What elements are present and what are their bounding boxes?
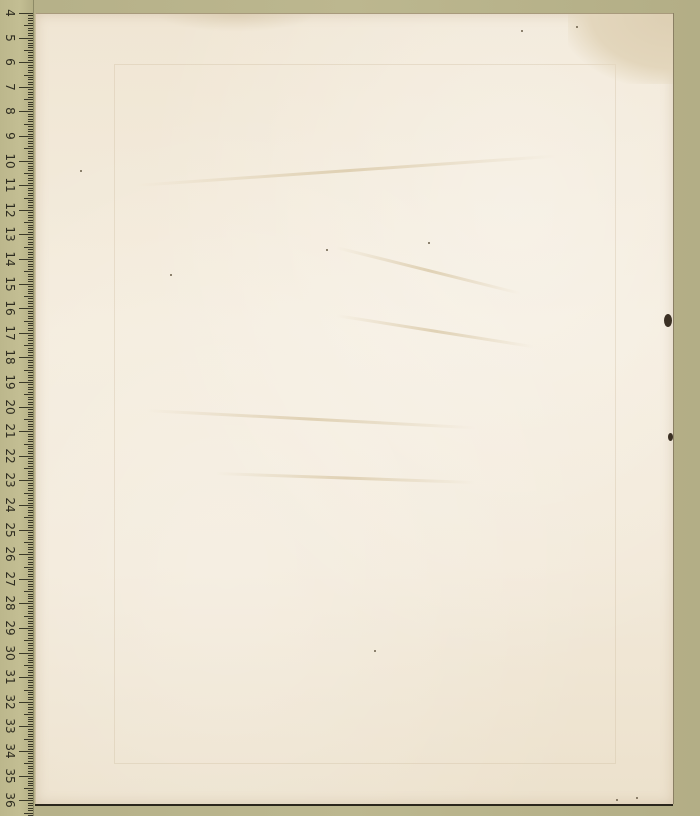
ruler-mm-tick bbox=[28, 466, 33, 467]
ruler-mm-tick bbox=[28, 232, 33, 233]
ruler-mm-tick bbox=[28, 680, 33, 681]
ruler-mm-tick bbox=[28, 291, 33, 292]
ruler-cm-tick bbox=[19, 382, 33, 383]
ruler-mm-tick bbox=[28, 264, 33, 265]
ruler-mm-tick bbox=[28, 584, 33, 585]
ruler-mm-tick bbox=[28, 793, 33, 794]
ruler-cm-tick bbox=[19, 579, 33, 580]
ruler-mm-tick bbox=[28, 15, 33, 16]
ruler-mm-tick bbox=[28, 478, 33, 479]
ruler-mm-tick bbox=[28, 473, 33, 474]
ruler-mm-tick bbox=[28, 114, 33, 115]
ruler-cm-tick bbox=[19, 530, 33, 531]
speck bbox=[80, 170, 82, 172]
ruler-mm-tick bbox=[24, 321, 33, 322]
ruler-mm-tick bbox=[28, 643, 33, 644]
ruler-cm-tick bbox=[19, 677, 33, 678]
top-edge-stain bbox=[156, 14, 316, 32]
ruler-mm-tick bbox=[28, 281, 33, 282]
ruler-mm-tick bbox=[28, 704, 33, 705]
ruler-mm-tick bbox=[28, 608, 33, 609]
ruler-mm-tick bbox=[28, 623, 33, 624]
ruler-mm-tick bbox=[28, 77, 33, 78]
ruler-label: 13 bbox=[4, 224, 16, 244]
ruler-label: 26 bbox=[4, 544, 16, 564]
ruler-mm-tick bbox=[28, 421, 33, 422]
ruler-mm-tick bbox=[28, 808, 33, 809]
ruler-mm-tick bbox=[28, 343, 33, 344]
ruler-mm-tick bbox=[28, 402, 33, 403]
ruler-cm-tick bbox=[19, 161, 33, 162]
ruler-label: 20 bbox=[4, 397, 16, 417]
ruler-mm-tick bbox=[28, 709, 33, 710]
ruler-mm-tick bbox=[28, 335, 33, 336]
ruler-mm-tick bbox=[28, 598, 33, 599]
ruler-mm-tick bbox=[24, 468, 33, 469]
ruler-mm-tick bbox=[28, 552, 33, 553]
ruler-mm-tick bbox=[28, 352, 33, 353]
ruler-mm-tick bbox=[28, 660, 33, 661]
ruler-mm-tick bbox=[28, 453, 33, 454]
ruler-mm-tick bbox=[24, 739, 33, 740]
ruler-mm-tick bbox=[24, 173, 33, 174]
ruler-mm-tick bbox=[28, 412, 33, 413]
ruler-mm-tick bbox=[24, 271, 33, 272]
ruler-mm-tick bbox=[28, 731, 33, 732]
ruler-mm-tick bbox=[28, 67, 33, 68]
ruler-mm-tick bbox=[24, 75, 33, 76]
ruler-mm-tick bbox=[28, 569, 33, 570]
ruler-label: 19 bbox=[4, 372, 16, 392]
ruler-mm-tick bbox=[28, 183, 33, 184]
ruler-mm-tick bbox=[28, 734, 33, 735]
ruler-mm-tick bbox=[28, 507, 33, 508]
ruler-mm-tick bbox=[28, 289, 33, 290]
ruler-mm-tick bbox=[28, 596, 33, 597]
ruler-mm-tick bbox=[28, 33, 33, 34]
ruler-mm-tick bbox=[28, 773, 33, 774]
ruler-label: 31 bbox=[4, 667, 16, 687]
ruler-label: 34 bbox=[4, 741, 16, 761]
ruler-mm-tick bbox=[28, 424, 33, 425]
ruler-label: 30 bbox=[4, 643, 16, 663]
ruler-cm-tick bbox=[19, 38, 33, 39]
ruler-cm-tick bbox=[19, 234, 33, 235]
ruler-mm-tick bbox=[28, 70, 33, 71]
ruler-mm-tick bbox=[28, 180, 33, 181]
ruler-mm-tick bbox=[28, 178, 33, 179]
ruler-mm-tick bbox=[28, 512, 33, 513]
ruler-mm-tick bbox=[28, 254, 33, 255]
ruler-mm-tick bbox=[28, 131, 33, 132]
ruler-label: 16 bbox=[4, 298, 16, 318]
ruler-mm-tick bbox=[28, 741, 33, 742]
ruler-label: 4 bbox=[4, 3, 16, 23]
ruler-mm-tick bbox=[28, 163, 33, 164]
ruler-mm-tick bbox=[28, 571, 33, 572]
ruler-mm-tick bbox=[28, 156, 33, 157]
ruler-cm-tick bbox=[19, 185, 33, 186]
ruler-mm-tick bbox=[28, 547, 33, 548]
ruler-mm-tick bbox=[28, 790, 33, 791]
ruler-cm-tick bbox=[19, 87, 33, 88]
ruler-mm-tick bbox=[24, 124, 33, 125]
ruler-mm-tick bbox=[28, 200, 33, 201]
ruler-mm-tick bbox=[28, 30, 33, 31]
ruler-mm-tick bbox=[24, 714, 33, 715]
ruler-mm-tick bbox=[28, 621, 33, 622]
ruler-mm-tick bbox=[28, 766, 33, 767]
ruler-label: 7 bbox=[4, 77, 16, 97]
ruler-mm-tick bbox=[28, 630, 33, 631]
ruler-mm-tick bbox=[28, 559, 33, 560]
ruler-mm-tick bbox=[24, 813, 33, 814]
ruler-mm-tick bbox=[24, 394, 33, 395]
ruler-mm-tick bbox=[28, 372, 33, 373]
ruler-mm-tick bbox=[28, 92, 33, 93]
ruler-mm-tick bbox=[28, 227, 33, 228]
ruler-mm-tick bbox=[28, 648, 33, 649]
ruler-mm-tick bbox=[28, 387, 33, 388]
ruler-mm-tick bbox=[28, 188, 33, 189]
ruler-mm-tick bbox=[24, 517, 33, 518]
ruler-mm-tick bbox=[24, 25, 33, 26]
ruler-mm-tick bbox=[28, 362, 33, 363]
ruler-mm-tick bbox=[28, 515, 33, 516]
ruler-mm-tick bbox=[28, 239, 33, 240]
ruler-mm-tick bbox=[28, 141, 33, 142]
ruler-mm-tick bbox=[28, 729, 33, 730]
ruler-mm-tick bbox=[28, 35, 33, 36]
ruler-mm-tick bbox=[28, 753, 33, 754]
ruler-mm-tick bbox=[28, 225, 33, 226]
ruler-mm-tick bbox=[28, 399, 33, 400]
ruler-mm-tick bbox=[28, 94, 33, 95]
ruler-mm-tick bbox=[28, 306, 33, 307]
ruler-mm-tick bbox=[28, 79, 33, 80]
ruler-mm-tick bbox=[28, 212, 33, 213]
ruler-mm-tick bbox=[28, 392, 33, 393]
ruler-mm-tick bbox=[28, 756, 33, 757]
ruler-mm-tick bbox=[28, 744, 33, 745]
ruler-mm-tick bbox=[28, 574, 33, 575]
speck bbox=[374, 650, 376, 652]
speck bbox=[170, 274, 172, 276]
ruler-mm-tick bbox=[28, 65, 33, 66]
corner-water-stain bbox=[568, 14, 673, 84]
ruler-mm-tick bbox=[28, 316, 33, 317]
ruler-mm-tick bbox=[24, 493, 33, 494]
ruler-mm-tick bbox=[24, 788, 33, 789]
ruler-mm-tick bbox=[28, 483, 33, 484]
ruler-cm-tick bbox=[19, 702, 33, 703]
ruler-mm-tick bbox=[28, 380, 33, 381]
ruler-mm-tick bbox=[28, 293, 33, 294]
ruler-mm-tick bbox=[28, 537, 33, 538]
ruler-mm-tick bbox=[28, 719, 33, 720]
ruler-label: 15 bbox=[4, 274, 16, 294]
ruler-mm-tick bbox=[28, 768, 33, 769]
ruler-mm-tick bbox=[28, 581, 33, 582]
ruler-mm-tick bbox=[28, 451, 33, 452]
ruler-mm-tick bbox=[28, 662, 33, 663]
ruler-mm-tick bbox=[28, 798, 33, 799]
ruler-mm-tick bbox=[28, 805, 33, 806]
ruler-mm-tick bbox=[24, 763, 33, 764]
speck bbox=[576, 26, 578, 28]
paper-sheet bbox=[35, 13, 673, 804]
ruler-mm-tick bbox=[28, 375, 33, 376]
ruler-mm-tick bbox=[28, 311, 33, 312]
ruler-mm-tick bbox=[28, 441, 33, 442]
ruler-mm-tick bbox=[28, 626, 33, 627]
ruler-cm-tick bbox=[19, 628, 33, 629]
ruler-mm-tick bbox=[28, 257, 33, 258]
ruler-mm-tick bbox=[28, 126, 33, 127]
ruler-mm-tick bbox=[28, 783, 33, 784]
ruler-mm-tick bbox=[28, 416, 33, 417]
ruler-mm-tick bbox=[28, 121, 33, 122]
ruler-label: 21 bbox=[4, 421, 16, 441]
ruler-mm-tick bbox=[28, 190, 33, 191]
ruler-cm-tick bbox=[19, 800, 33, 801]
ruler-mm-tick bbox=[28, 667, 33, 668]
ruler-cm-tick bbox=[19, 776, 33, 777]
ruler-mm-tick bbox=[28, 166, 33, 167]
ruler-mm-tick bbox=[28, 549, 33, 550]
ruler-mm-tick bbox=[28, 104, 33, 105]
ruler-mm-tick bbox=[28, 461, 33, 462]
ruler-mm-tick bbox=[28, 276, 33, 277]
ruler-mm-tick bbox=[24, 665, 33, 666]
ruler-label: 27 bbox=[4, 569, 16, 589]
ruler-mm-tick bbox=[28, 28, 33, 29]
ruler-label: 6 bbox=[4, 52, 16, 72]
ruler-mm-tick bbox=[28, 72, 33, 73]
ruler-cm-tick bbox=[19, 308, 33, 309]
ruler-mm-tick bbox=[24, 99, 33, 100]
ruler-mm-tick bbox=[28, 340, 33, 341]
ruler-label: 35 bbox=[4, 766, 16, 786]
ruler-mm-tick bbox=[28, 274, 33, 275]
ruler-mm-tick bbox=[28, 301, 33, 302]
ruler-mm-tick bbox=[28, 151, 33, 152]
ruler-mm-tick bbox=[28, 434, 33, 435]
ruler-mm-tick bbox=[28, 303, 33, 304]
ruler-mm-tick bbox=[28, 318, 33, 319]
ruler-mm-tick bbox=[24, 50, 33, 51]
ruler-cm-tick bbox=[19, 751, 33, 752]
ruler-mm-tick bbox=[28, 45, 33, 46]
ruler-mm-tick bbox=[28, 168, 33, 169]
ruler-mm-tick bbox=[28, 205, 33, 206]
ruler-mm-tick bbox=[28, 601, 33, 602]
ruler-mm-tick bbox=[24, 222, 33, 223]
ruler-mm-tick bbox=[28, 586, 33, 587]
ruler-mm-tick bbox=[28, 746, 33, 747]
ruler-cm-tick bbox=[19, 603, 33, 604]
ruler-mm-tick bbox=[28, 618, 33, 619]
ruler-cm-tick bbox=[19, 431, 33, 432]
ruler-mm-tick bbox=[24, 247, 33, 248]
ruler-mm-tick bbox=[28, 377, 33, 378]
ruler-cm-tick bbox=[19, 284, 33, 285]
ruler-cm-tick bbox=[19, 13, 33, 14]
ruler-mm-tick bbox=[28, 330, 33, 331]
ruler-mm-tick bbox=[28, 458, 33, 459]
ruler-mm-tick bbox=[28, 785, 33, 786]
ruler-mm-tick bbox=[28, 699, 33, 700]
ruler-mm-tick bbox=[28, 365, 33, 366]
ruler-mm-tick bbox=[28, 89, 33, 90]
ruler-mm-tick bbox=[28, 170, 33, 171]
ruler-mm-tick bbox=[28, 749, 33, 750]
ruler-mm-tick bbox=[28, 495, 33, 496]
ruler-mm-tick bbox=[28, 355, 33, 356]
ruler-mm-tick bbox=[28, 215, 33, 216]
ruler-mm-tick bbox=[28, 613, 33, 614]
ruler-mm-tick bbox=[28, 532, 33, 533]
ruler-mm-tick bbox=[28, 414, 33, 415]
ruler-mm-tick bbox=[28, 778, 33, 779]
ruler-mm-tick bbox=[24, 345, 33, 346]
ruler-mm-tick bbox=[28, 564, 33, 565]
ruler-mm-tick bbox=[28, 633, 33, 634]
ruler-mm-tick bbox=[28, 252, 33, 253]
ruler-mm-tick bbox=[28, 712, 33, 713]
ruler-mm-tick bbox=[28, 266, 33, 267]
ruler-mm-tick bbox=[28, 40, 33, 41]
ruler-mm-tick bbox=[28, 389, 33, 390]
ruler-label: 5 bbox=[4, 28, 16, 48]
ruler-mm-tick bbox=[28, 675, 33, 676]
ruler-mm-tick bbox=[28, 707, 33, 708]
ruler-cm-tick bbox=[19, 136, 33, 137]
ruler-mm-tick bbox=[28, 158, 33, 159]
ruler-mm-tick bbox=[28, 503, 33, 504]
ruler-mm-tick bbox=[28, 52, 33, 53]
ruler-mm-tick bbox=[28, 220, 33, 221]
ruler-mm-tick bbox=[24, 419, 33, 420]
ruler-mm-tick bbox=[28, 279, 33, 280]
ruler-mm-tick bbox=[28, 685, 33, 686]
ruler-cm-tick bbox=[19, 653, 33, 654]
ruler-mm-tick bbox=[28, 758, 33, 759]
ruler-mm-tick bbox=[24, 370, 33, 371]
ruler-mm-tick bbox=[28, 682, 33, 683]
ruler-label: 32 bbox=[4, 692, 16, 712]
ruler-mm-tick bbox=[28, 670, 33, 671]
ruler-mm-tick bbox=[28, 448, 33, 449]
binding-hole bbox=[664, 314, 672, 327]
ruler-mm-tick bbox=[28, 694, 33, 695]
ruler-mm-tick bbox=[28, 724, 33, 725]
ruler-mm-tick bbox=[28, 384, 33, 385]
ruler-mm-tick bbox=[28, 650, 33, 651]
ruler-mm-tick bbox=[28, 82, 33, 83]
ruler-mm-tick bbox=[28, 658, 33, 659]
ruler-mm-tick bbox=[28, 562, 33, 563]
ruler-mm-tick bbox=[28, 20, 33, 21]
ruler-label: 17 bbox=[4, 323, 16, 343]
speck bbox=[521, 30, 523, 32]
speck bbox=[616, 799, 618, 801]
speck bbox=[428, 242, 430, 244]
ruler-mm-tick bbox=[28, 436, 33, 437]
ruler-mm-tick bbox=[28, 687, 33, 688]
ruler-mm-tick bbox=[28, 635, 33, 636]
ruler-mm-tick bbox=[28, 404, 33, 405]
ruler-label: 12 bbox=[4, 200, 16, 220]
ruler-label: 23 bbox=[4, 470, 16, 490]
ruler-mm-tick bbox=[28, 781, 33, 782]
ruler-label: 28 bbox=[4, 593, 16, 613]
ruler-mm-tick bbox=[28, 463, 33, 464]
ruler-mm-tick bbox=[28, 475, 33, 476]
ruler-mm-tick bbox=[28, 721, 33, 722]
binding-hole bbox=[668, 433, 673, 441]
ruler-mm-tick bbox=[28, 426, 33, 427]
ruler-mm-tick bbox=[28, 109, 33, 110]
ruler-mm-tick bbox=[28, 328, 33, 329]
ruler-mm-tick bbox=[28, 106, 33, 107]
ruler-mm-tick bbox=[24, 567, 33, 568]
ruler-mm-tick bbox=[28, 237, 33, 238]
ruler-mm-tick bbox=[28, 102, 33, 103]
ruler-mm-tick bbox=[28, 672, 33, 673]
ruler-cm-tick bbox=[19, 456, 33, 457]
ruler-label: 11 bbox=[4, 175, 16, 195]
ruler-mm-tick bbox=[28, 638, 33, 639]
ruler-mm-tick bbox=[28, 153, 33, 154]
measuring-ruler: 4567891011121314151617181920212223242526… bbox=[0, 0, 34, 816]
ruler-mm-tick bbox=[28, 645, 33, 646]
ruler-mm-tick bbox=[28, 84, 33, 85]
speck bbox=[636, 797, 638, 799]
ruler-mm-tick bbox=[28, 323, 33, 324]
ruler-mm-tick bbox=[28, 249, 33, 250]
ruler-mm-tick bbox=[28, 803, 33, 804]
ruler-mm-tick bbox=[24, 198, 33, 199]
ruler-mm-tick bbox=[28, 576, 33, 577]
ruler-label: 18 bbox=[4, 347, 16, 367]
ruler-cm-tick bbox=[19, 210, 33, 211]
ruler-mm-tick bbox=[28, 606, 33, 607]
ruler-label: 9 bbox=[4, 126, 16, 146]
ruler-mm-tick bbox=[28, 439, 33, 440]
ruler-mm-tick bbox=[28, 594, 33, 595]
ruler-mm-tick bbox=[28, 146, 33, 147]
ruler-mm-tick bbox=[28, 195, 33, 196]
ruler-mm-tick bbox=[28, 60, 33, 61]
ruler-mm-tick bbox=[28, 446, 33, 447]
ruler-mm-tick bbox=[28, 43, 33, 44]
ruler-mm-tick bbox=[28, 229, 33, 230]
ruler-label: 36 bbox=[4, 790, 16, 810]
ruler-mm-tick bbox=[28, 360, 33, 361]
ruler-mm-tick bbox=[28, 47, 33, 48]
ruler-mm-tick bbox=[28, 338, 33, 339]
ruler-mm-tick bbox=[28, 325, 33, 326]
ruler-mm-tick bbox=[28, 611, 33, 612]
ruler-mm-tick bbox=[24, 542, 33, 543]
ruler-mm-tick bbox=[28, 409, 33, 410]
ruler-mm-tick bbox=[28, 771, 33, 772]
ruler-label: 25 bbox=[4, 520, 16, 540]
ruler-mm-tick bbox=[28, 261, 33, 262]
ruler-mm-tick bbox=[28, 655, 33, 656]
ruler-mm-tick bbox=[28, 520, 33, 521]
